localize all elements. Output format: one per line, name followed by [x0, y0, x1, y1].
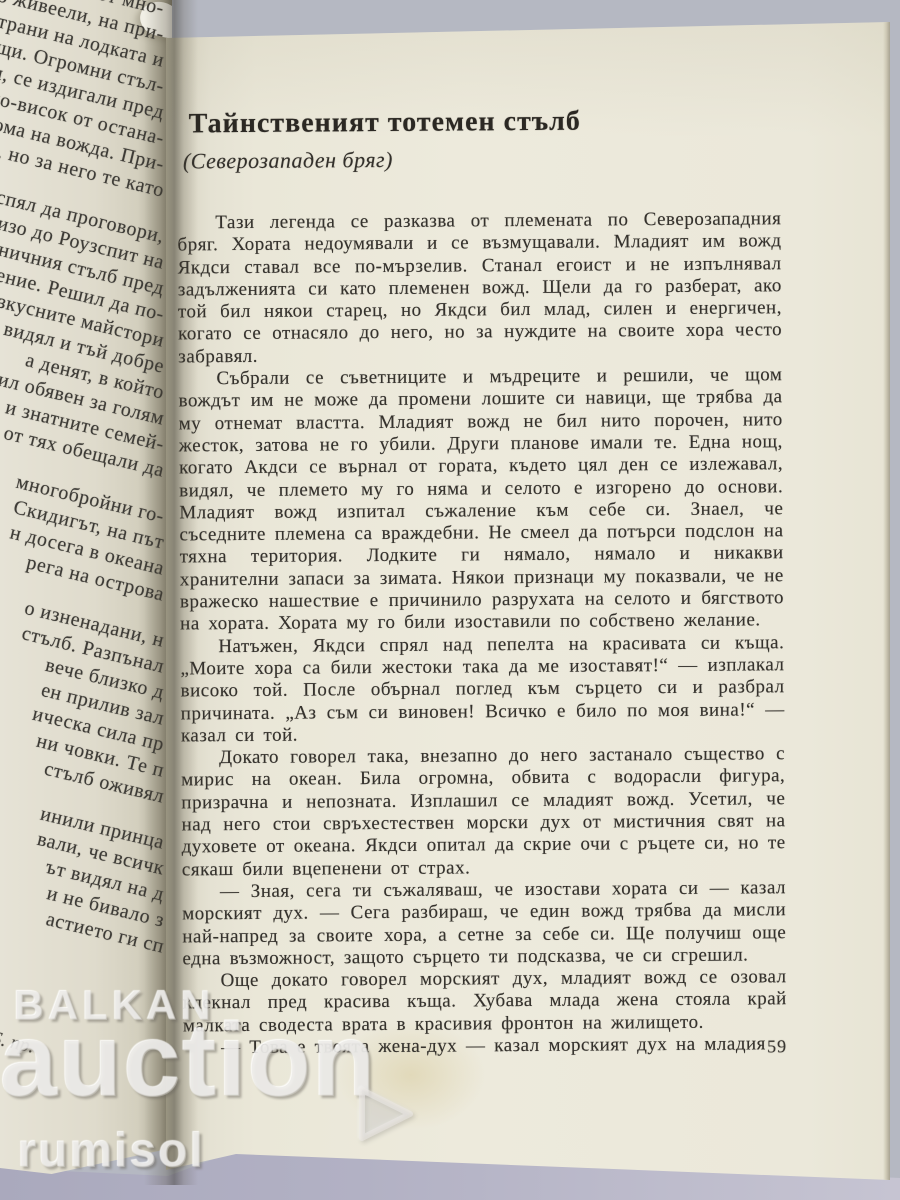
book-photo: { "colors": { "background_top": "#b5b8c2… — [0, 0, 900, 1200]
paragraph: Натъжен, Якдси спрял над пепелта на крас… — [180, 632, 785, 748]
left-page: и край един от мно-ето живеели, на при-с… — [0, 0, 172, 1190]
paragraph: Тази легенда се разказва от племената по… — [177, 208, 782, 368]
page-number: 59 — [183, 1036, 787, 1061]
paragraph: Още докато говорел морският дух, младият… — [183, 966, 787, 1037]
page-fore-edge — [883, 20, 890, 1184]
paragraph: — Зная, сега ти съжаляваш, че изостави х… — [182, 877, 787, 970]
paragraph: Събрали се съветниците и мъдреците и реш… — [178, 364, 784, 636]
page-content: Тайнственият тотемен стълб (Северозападе… — [162, 17, 894, 1188]
story-subtitle: (Северозападен бряг) — [183, 145, 683, 174]
body-text: Тази легенда се разказва от племената по… — [177, 208, 787, 1059]
paragraph: Докато говорел така, внезапно до него за… — [181, 743, 786, 881]
right-page: Тайнственият тотемен стълб (Северозападе… — [166, 20, 890, 1186]
left-page-lines: и край един от мно-ето живеели, на при-с… — [0, 0, 164, 960]
story-title: Тайнственият тотемен стълб — [189, 104, 809, 140]
left-page-footnote: Б. пр. — [0, 1027, 36, 1058]
